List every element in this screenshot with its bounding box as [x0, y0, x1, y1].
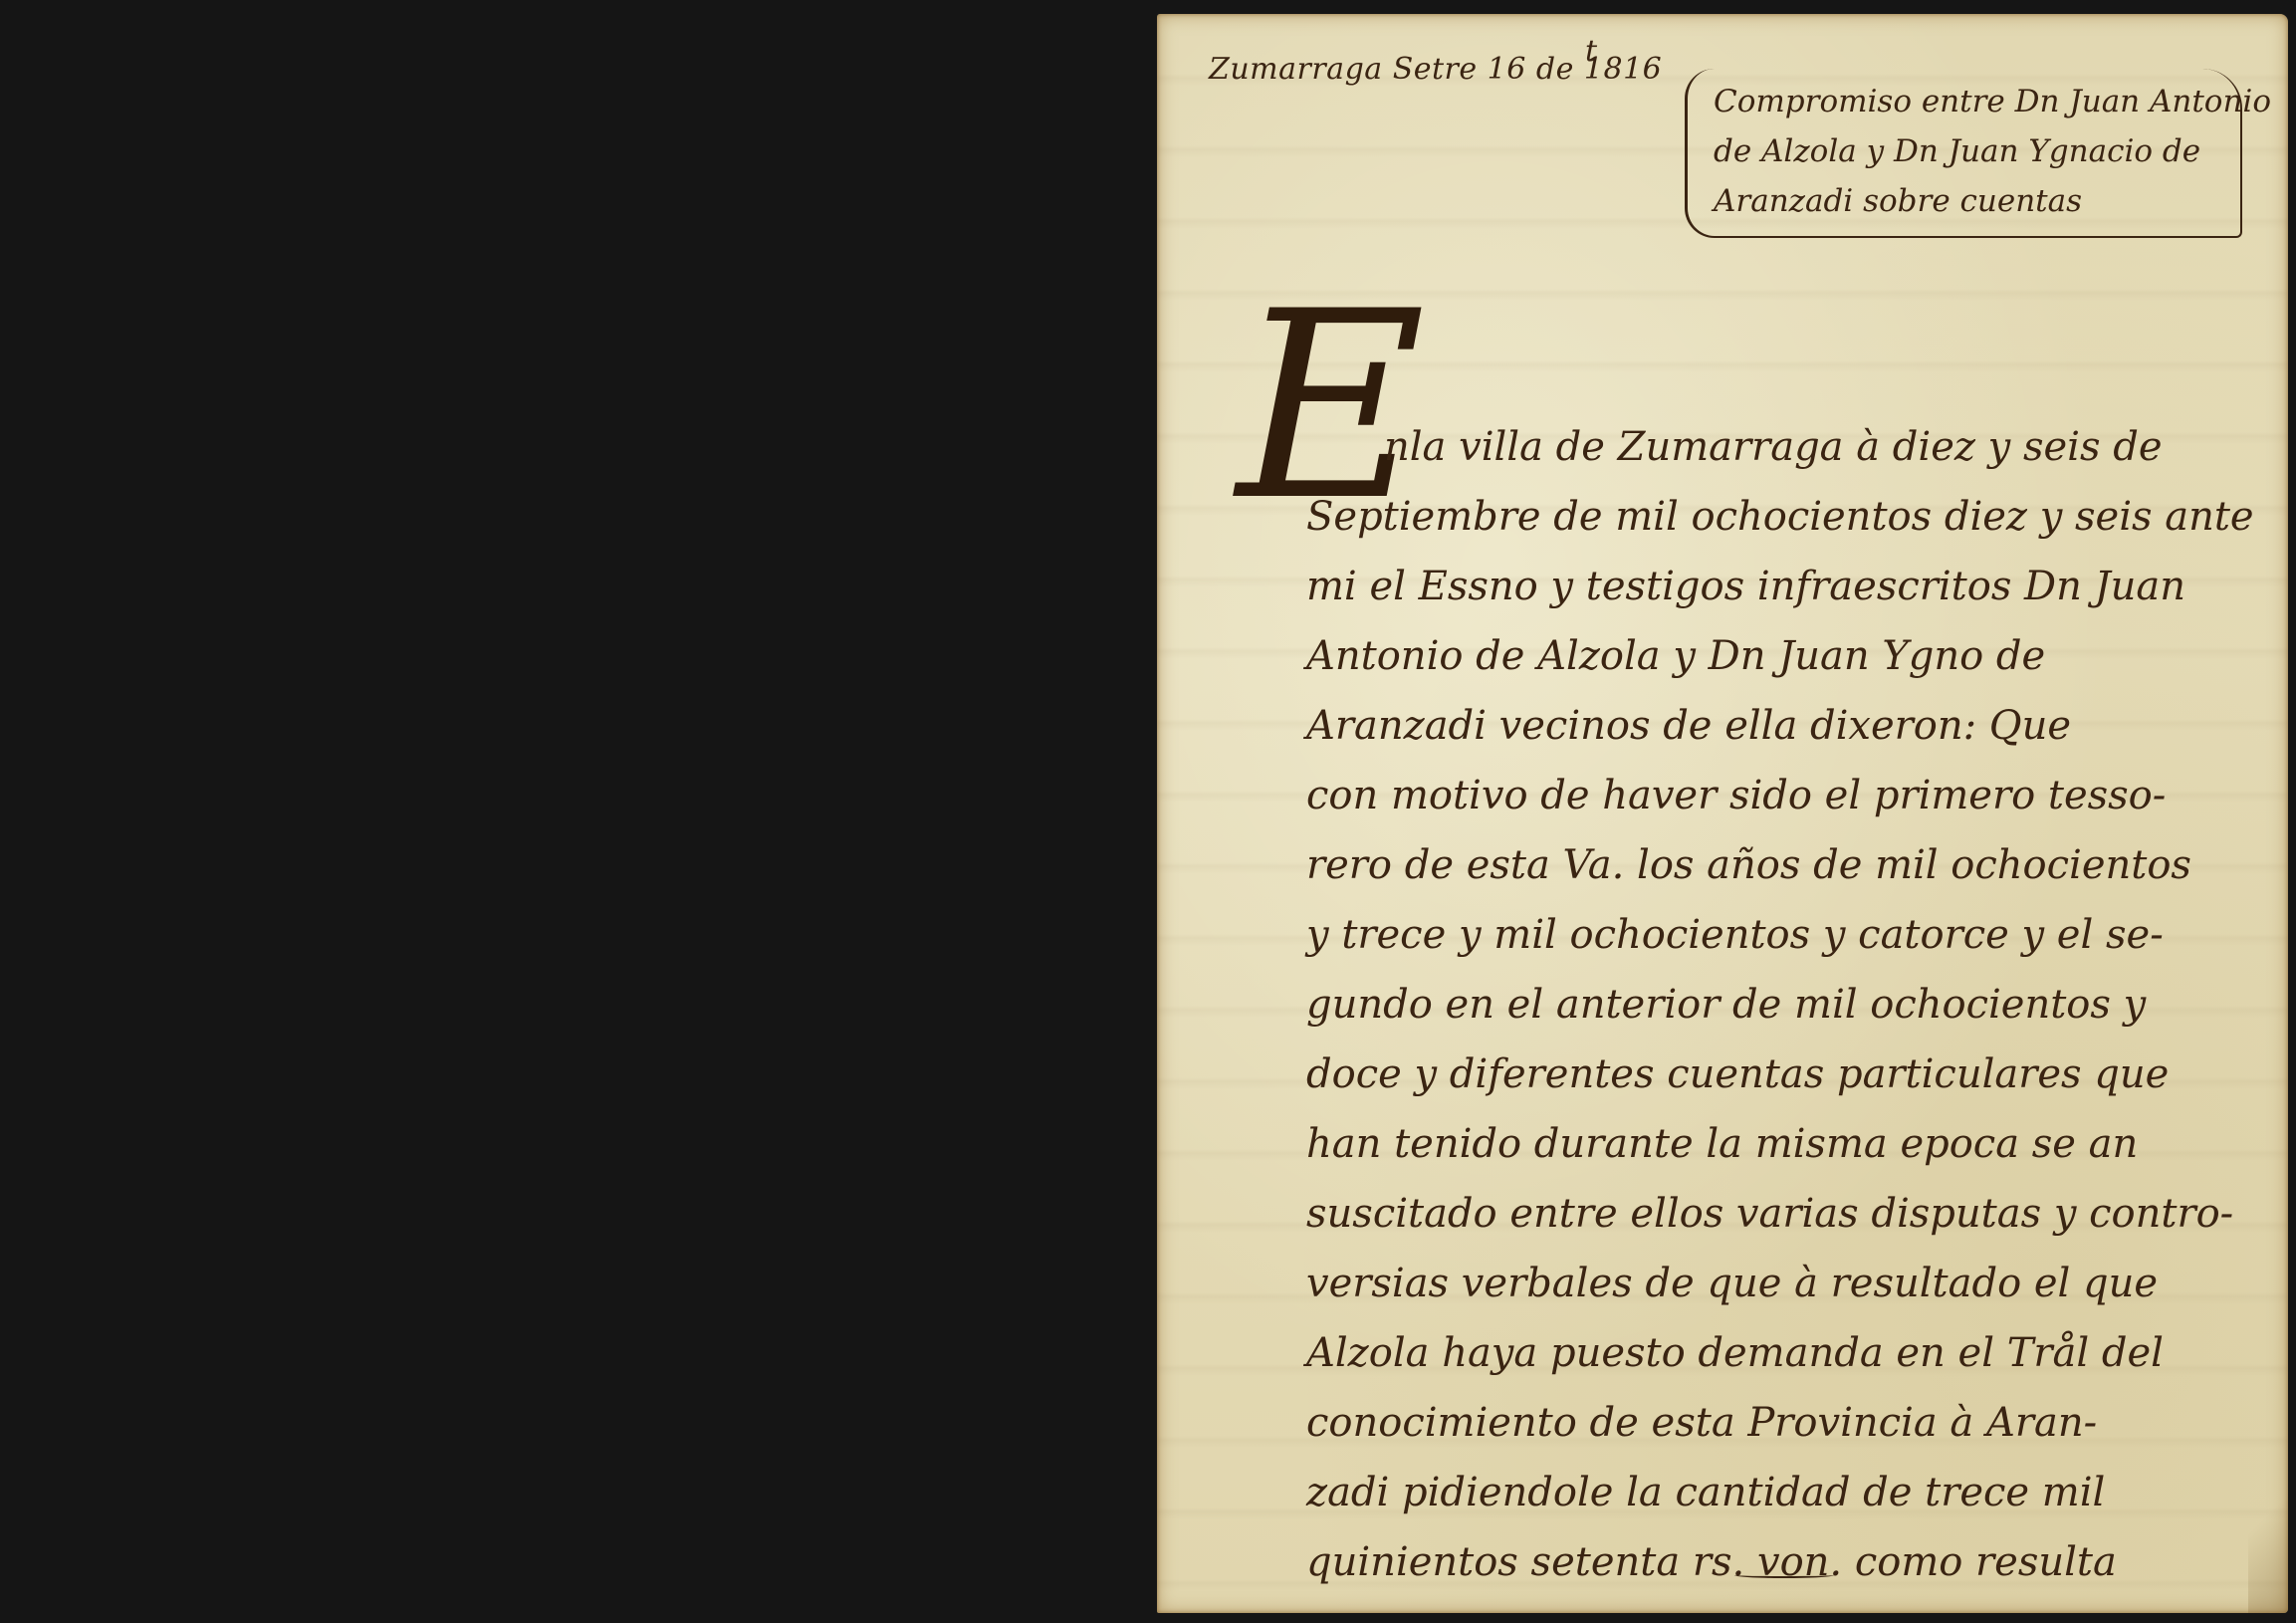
body-line: suscitado entre ellos varias disputas y … — [1306, 1179, 2262, 1249]
body-line: han tenido durante la misma epoca se an — [1306, 1109, 2262, 1179]
body-line: con motivo de haver sido el primero tess… — [1306, 761, 2262, 830]
document-viewer: Zumarraga Setre 16 de 1816 t Compromiso … — [0, 0, 2296, 1623]
body-line: zadi pidiendole la cantidad de trece mil — [1306, 1458, 2262, 1527]
summary-box: Compromiso entre Dn Juan Antonio de Alzo… — [1685, 69, 2242, 238]
signature-flourish — [1734, 1572, 1834, 1578]
body-line: Antonio de Alzola y Dn Juan Ygno de — [1306, 621, 2262, 691]
body-line: quinientos setenta rs. von. como resulta — [1306, 1527, 2262, 1597]
body-line: doce y diferentes cuentas particulares q… — [1306, 1040, 2262, 1109]
body-line: rero de esta Va. los años de mil ochocie… — [1306, 830, 2262, 900]
body-text: nla villa de Zumarraga à diez y seis de … — [1306, 412, 2262, 1597]
summary-line: Aranzadi sobre cuentas — [1714, 176, 2218, 226]
body-line: Aranzadi vecinos de ella dixeron: Que — [1306, 691, 2262, 761]
body-line: versias verbales de que à resultado el q… — [1306, 1249, 2262, 1318]
summary-line: de Alzola y Dn Juan Ygnacio de — [1714, 126, 2218, 176]
body-line: nla villa de Zumarraga à diez y seis de — [1306, 412, 2262, 482]
body-line: y trece y mil ochocientos y catorce y el… — [1306, 900, 2262, 970]
body-line: Alzola haya puesto demanda en el Trål de… — [1306, 1318, 2262, 1388]
reference-mark: t — [1585, 34, 1597, 69]
empty-left-panel — [0, 0, 1155, 1623]
body-line: gundo en el anterior de mil ochocientos … — [1306, 970, 2262, 1040]
manuscript-page: Zumarraga Setre 16 de 1816 t Compromiso … — [1157, 14, 2288, 1613]
summary-line: Compromiso entre Dn Juan Antonio — [1714, 77, 2218, 126]
body-line: Septiembre de mil ochocientos diez y sei… — [1306, 482, 2262, 552]
body-line: conocimiento de esta Provincia à Aran- — [1306, 1388, 2262, 1458]
body-line: mi el Essno y testigos infraescritos Dn … — [1306, 552, 2262, 621]
